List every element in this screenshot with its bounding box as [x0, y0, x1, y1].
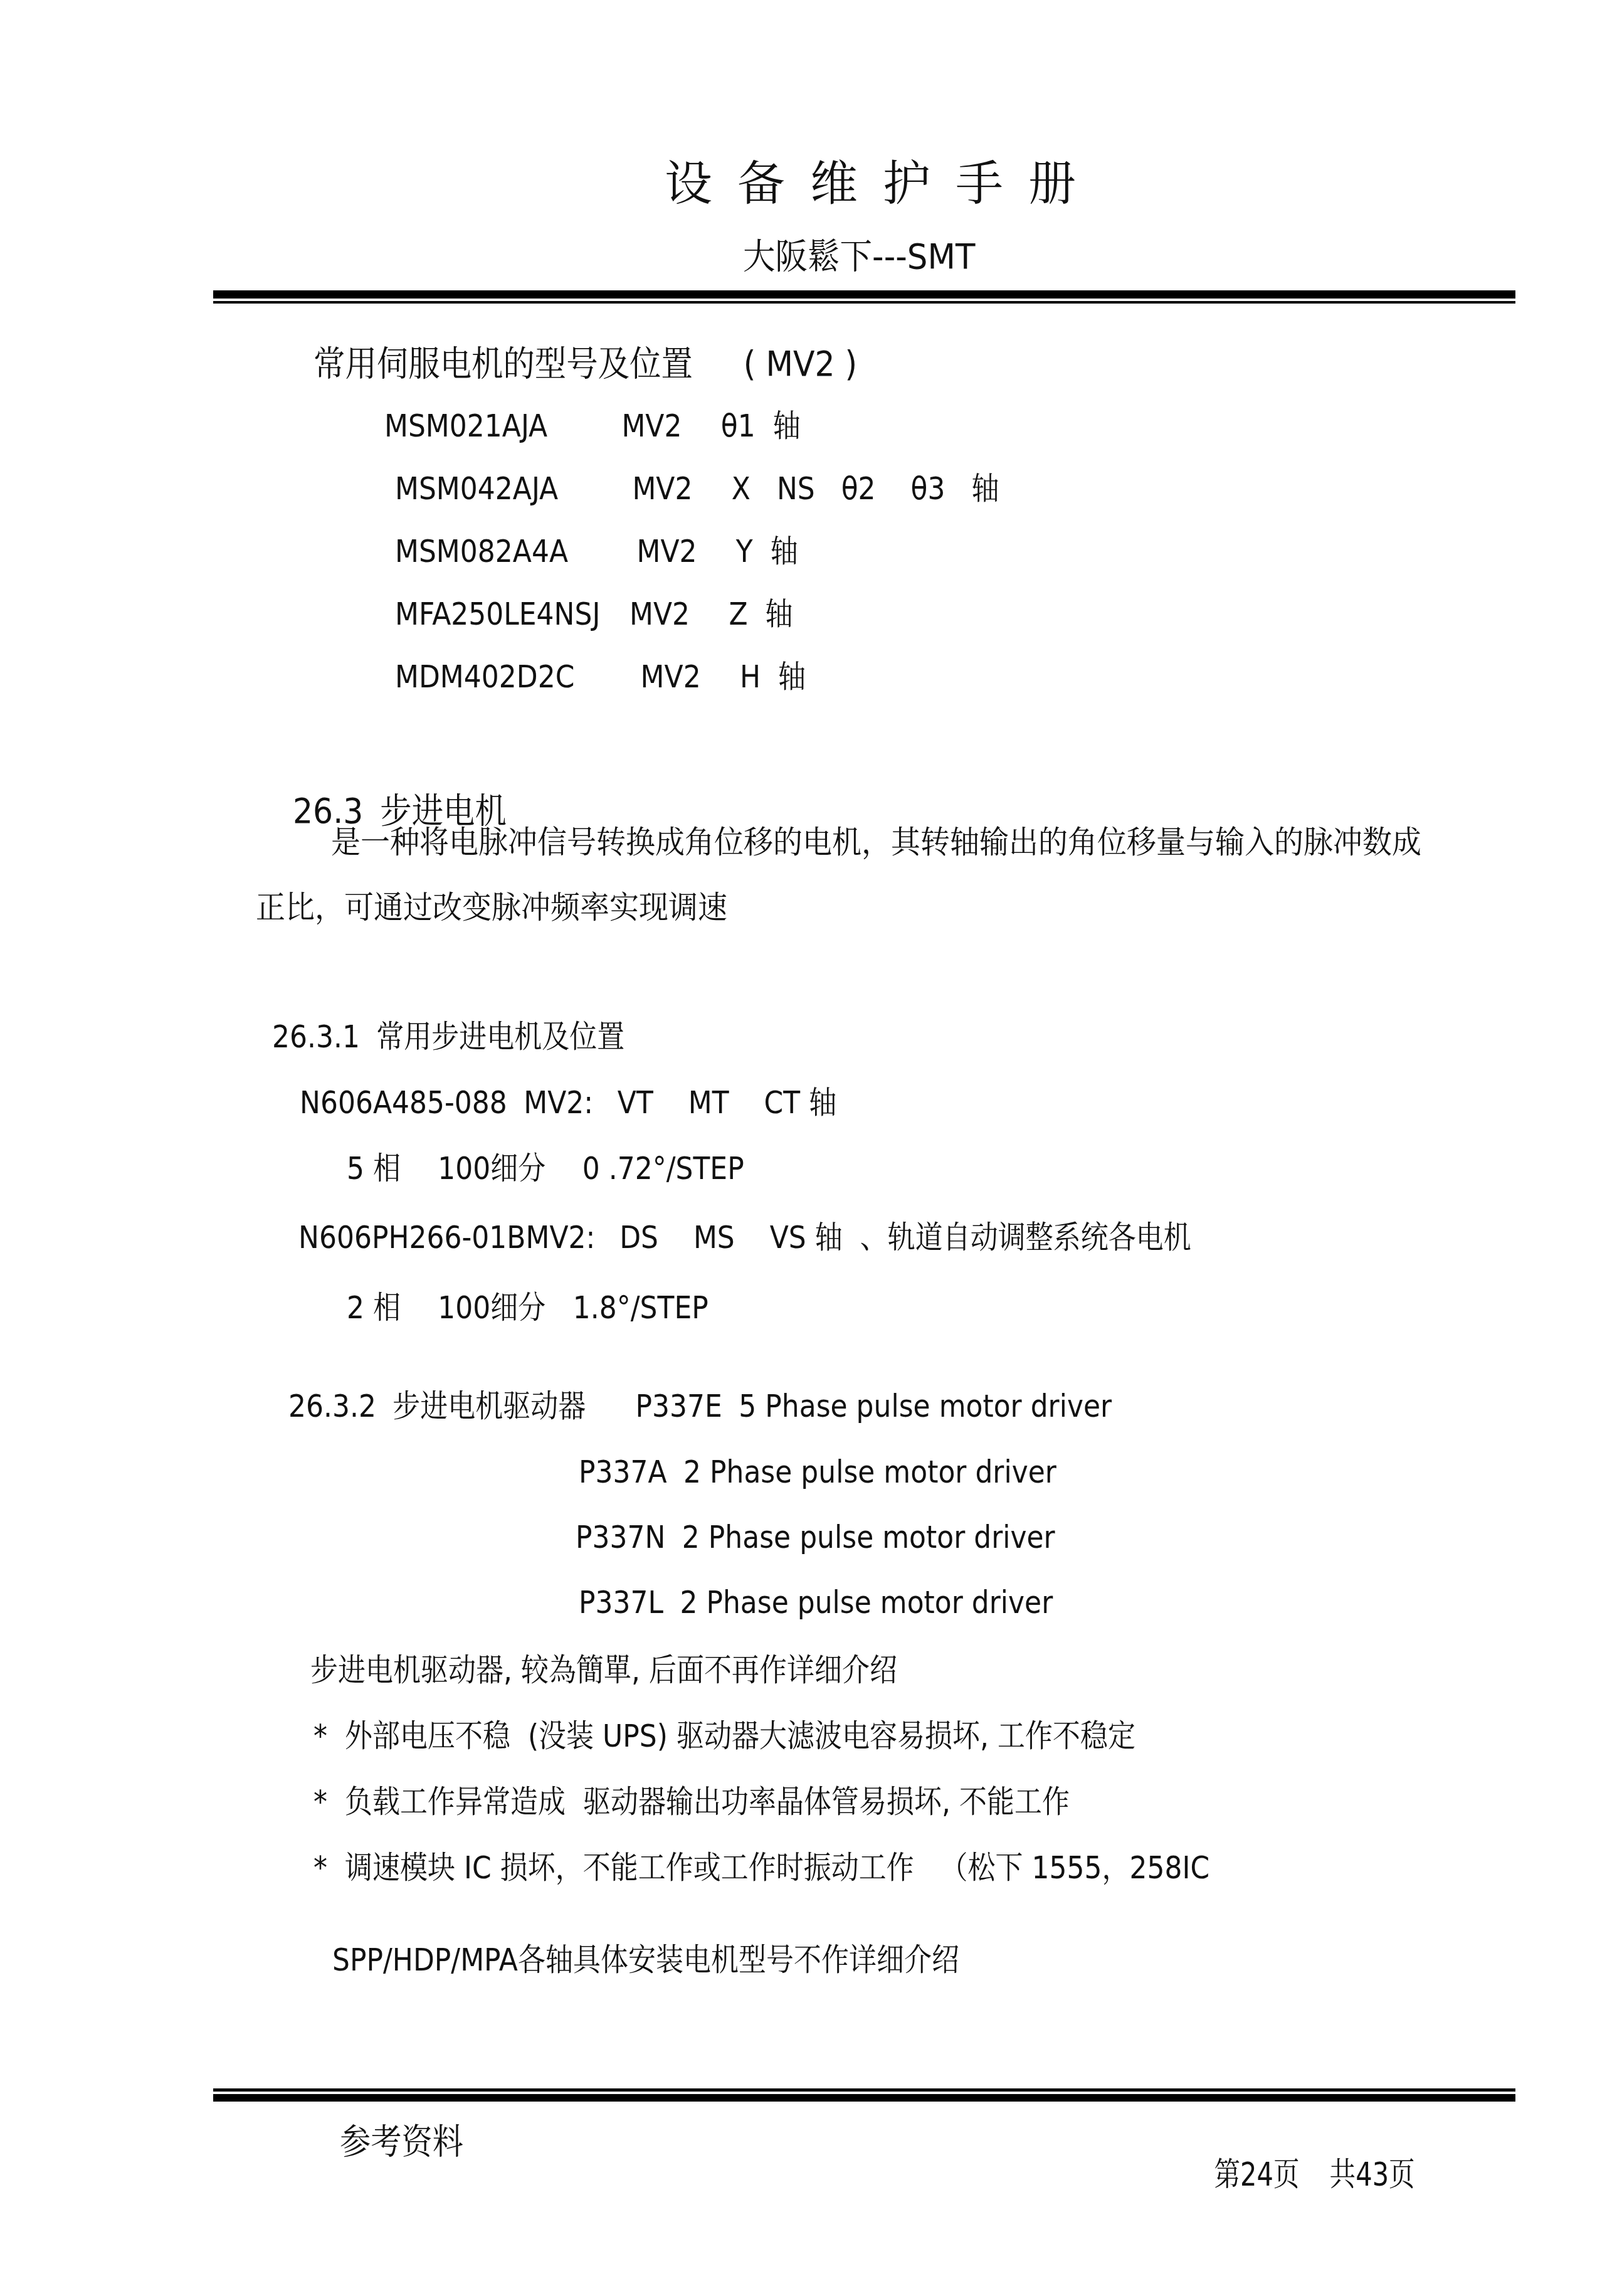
servo-motor-row: MFA250LE4NSJMV2Z 轴 [377, 567, 793, 630]
motor-machine: MV2 [632, 473, 731, 504]
driver-model: P337A [579, 1454, 667, 1490]
motor-machine: MV2 [636, 536, 735, 567]
motor-axes: Y 轴 [736, 533, 798, 569]
motor-step-angle: 1.8°/STEP [573, 1289, 708, 1326]
servo-motor-row: MDM402D2CMV2H 轴 [377, 630, 806, 692]
section-title: 步进电机驱动器 [392, 1390, 635, 1422]
motor-axes: Z 轴 [729, 596, 793, 632]
motor-step-angle: 0 .72°/STEP [582, 1150, 744, 1187]
motor-model: MDM402D2C [395, 661, 641, 692]
note-bullet: * 外部电压不稳 (没装 UPS) 驱动器大滤波电容易损坏, 工作不稳定 [313, 1720, 1135, 1752]
motor-model: MSM021AJA [384, 410, 621, 442]
driver-row: 26.3.2步进电机驱动器P337E5 Phase pulse motor dr… [271, 1359, 1112, 1422]
header-rule-thin [213, 301, 1515, 304]
section-number: 26.3.1 [272, 1018, 360, 1055]
motor-model: MSM042AJA [395, 473, 632, 504]
motor-machine: MV2 [641, 661, 740, 692]
notes-intro: 步进电机驱动器, 较為簡單, 后面不再作详细介绍 [310, 1654, 897, 1686]
stepper-description-line2: 正比，可通过改变脉冲频率实现调速 [256, 892, 727, 923]
motor-axes: DS MS VS 轴 、轨道自动调整系统各电机 [619, 1219, 1191, 1256]
motor-axes: H 轴 [740, 659, 806, 695]
motor-model: MSM082A4A [395, 536, 636, 567]
servo-motor-row: MSM021AJAMV2θ1 轴 [367, 379, 801, 442]
servo-motor-row: MSM082A4AMV2Y 轴 [377, 504, 798, 567]
motor-machine: MV2: [526, 1219, 596, 1256]
section-number: 26.3.2 [288, 1388, 376, 1424]
driver-description: 5 Phase pulse motor driver [739, 1388, 1112, 1424]
driver-description: 2 Phase pulse motor driver [680, 1584, 1053, 1621]
servo-heading: 常用伺服电机的型号及位置( MV2 ) [293, 312, 857, 382]
motor-machine: MV2 [629, 598, 729, 630]
servo-motor-row: MSM042AJAMV2X NS θ2 θ3 轴 [377, 442, 999, 504]
page-number: 第24页 [1214, 2156, 1299, 2194]
note-bullet: * 调速模块 IC 损坏，不能工作或工作时振动工作 （松下 1555，258IC [313, 1852, 1209, 1883]
header-rule-thick [213, 290, 1515, 299]
driver-model: P337N [576, 1519, 665, 1555]
motor-microstep: 100细分 [438, 1292, 573, 1323]
footer-reference-label: 参考资料 [340, 2125, 463, 2160]
motor-phase: 5 相 [347, 1153, 438, 1184]
motor-model: MFA250LE4NSJ [395, 598, 629, 630]
stepper-motor-spec: 2 相100细分1.8°/STEP [329, 1261, 708, 1323]
motor-machine: MV2 [621, 410, 720, 442]
driver-row: P337N2 Phase pulse motor driver [558, 1490, 1055, 1553]
footer-rule-thin [213, 2088, 1515, 2092]
footer-rule-thick [213, 2094, 1515, 2102]
driver-description: 2 Phase pulse motor driver [682, 1519, 1055, 1555]
stepper-motor-row: N606PH266-01BMV2:DS MS VS 轴 、轨道自动调整系统各电机 [281, 1190, 1191, 1253]
driver-model: P337L [579, 1584, 663, 1621]
motor-phase: 2 相 [347, 1292, 438, 1323]
stepper-motors-heading: 26.3.1常用步进电机及位置 [255, 990, 624, 1052]
section-title: 常用步进电机及位置 [376, 1018, 624, 1055]
motor-machine: MV2: [524, 1084, 593, 1121]
motor-axes: X NS θ2 θ3 轴 [732, 470, 999, 507]
driver-row: P337L2 Phase pulse motor driver [561, 1555, 1053, 1618]
footer-page-info: 第24页共43页 [1198, 2126, 1415, 2191]
motor-model: N606A485-088 [300, 1084, 507, 1121]
document-subtitle: 大阪鬆下---SMT [743, 240, 975, 275]
driver-description: 2 Phase pulse motor driver [683, 1454, 1056, 1490]
motor-microstep: 100细分 [438, 1153, 582, 1184]
notes-closing: SPP/HDP/MPA各轴具体安装电机型号不作详细介绍 [332, 1944, 959, 1976]
stepper-motor-spec: 5 相100细分0 .72°/STEP [329, 1121, 744, 1184]
driver-model: P337E [636, 1388, 722, 1424]
document-title: 设备维护手册 [665, 160, 1101, 208]
page-total: 共43页 [1330, 2156, 1415, 2194]
note-bullet: * 负载工作异常造成 驱动器输出功率晶体管易损坏, 不能工作 [313, 1786, 1070, 1817]
stepper-motor-row: N606A485-088MV2:VT MT CT 轴 [282, 1055, 836, 1118]
stepper-heading: 26.3步进电机 [273, 759, 507, 829]
motor-axes: θ1 轴 [721, 408, 801, 444]
stepper-description-line1: 是一种将电脉冲信号转换成角位移的电机，其转轴输出的角位移量与输入的脉冲数成 [331, 827, 1421, 858]
driver-row: P337A2 Phase pulse motor driver [561, 1425, 1056, 1488]
motor-axes: VT MT CT 轴 [618, 1084, 836, 1121]
motor-model: N606PH266-01B [298, 1219, 526, 1256]
